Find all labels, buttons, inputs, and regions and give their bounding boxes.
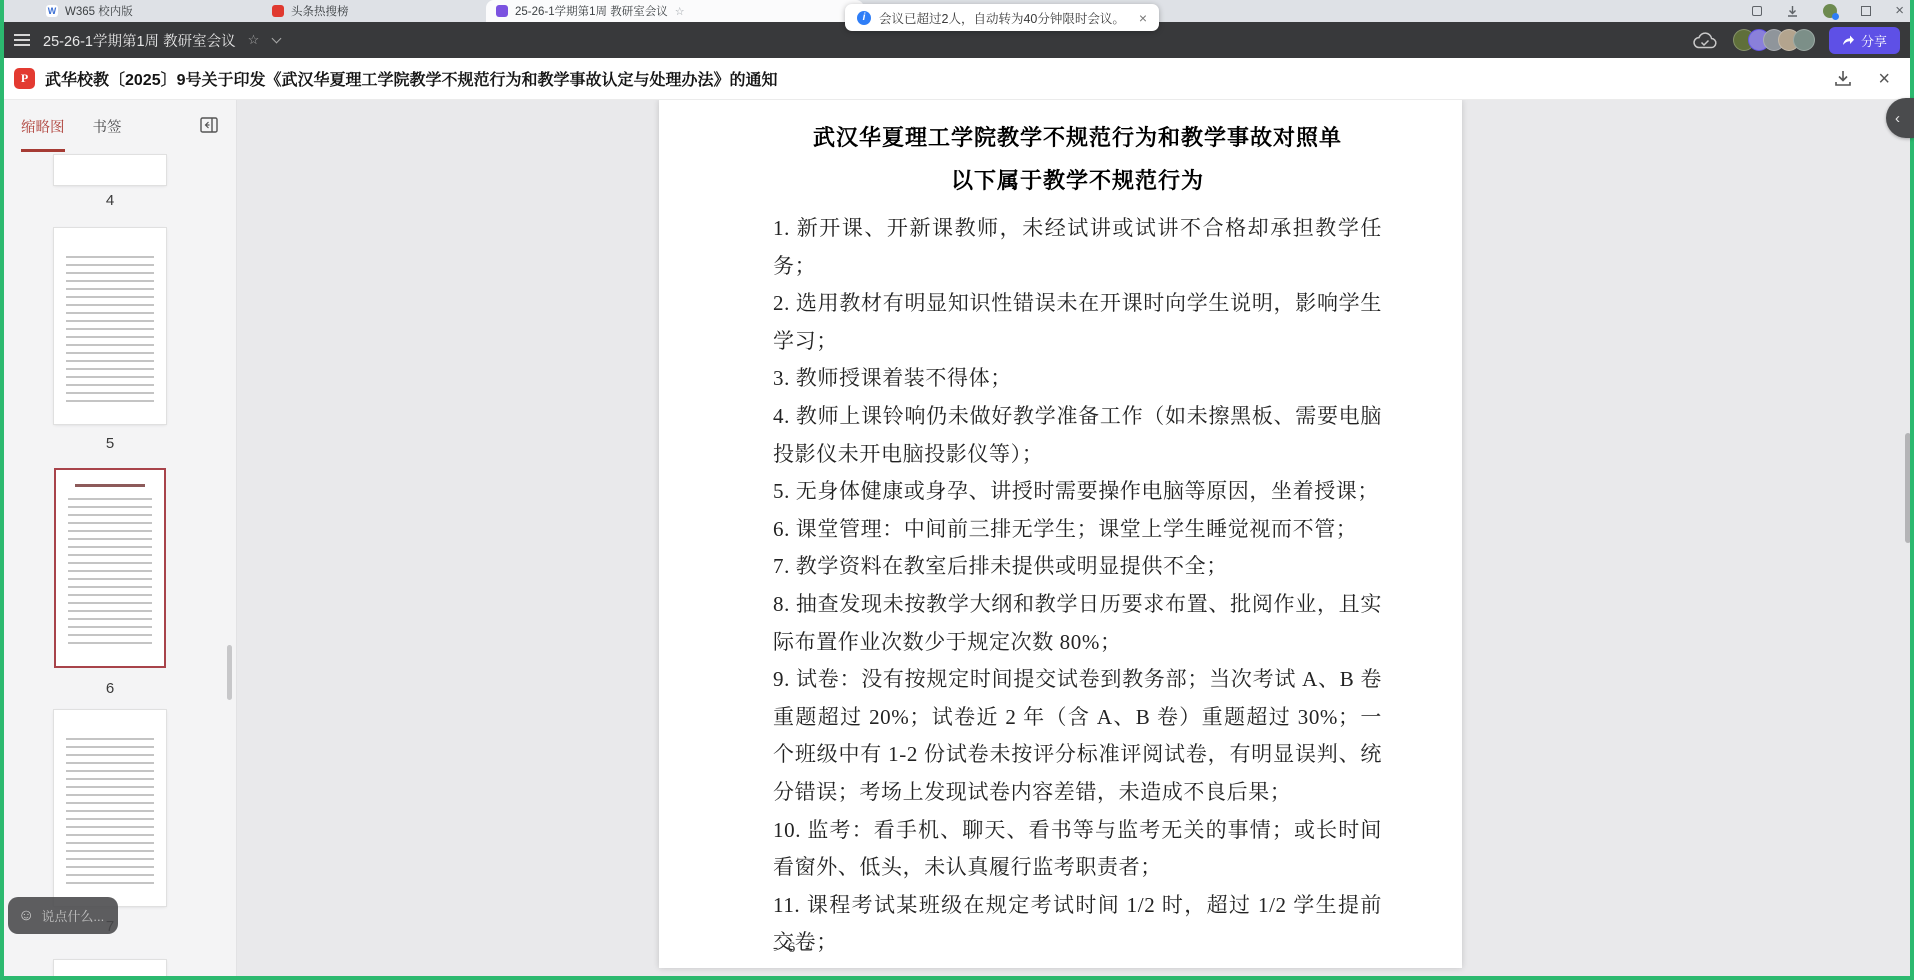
document-header: P 武华校教〔2025〕9号关于印发《武汉华夏理工学院教学不规范行为和教学事故认… xyxy=(0,58,1914,100)
back-chevron-icon: ‹ xyxy=(1895,110,1900,127)
toast-close-icon[interactable]: × xyxy=(1139,10,1147,26)
browser-close-icon[interactable]: × xyxy=(1895,0,1904,22)
screenshare-border xyxy=(0,976,1914,980)
tab-label: W365 校内版 xyxy=(65,3,133,19)
menu-icon[interactable] xyxy=(14,34,30,46)
list-item: 5. 无身体健康或身孕、讲授时需要操作电脑等原因，坐着授课； xyxy=(773,473,1382,511)
tab-star-icon[interactable]: ☆ xyxy=(675,5,685,18)
browser-profile-avatar[interactable] xyxy=(1823,4,1837,18)
thumbnail-page-5[interactable] xyxy=(54,228,166,424)
info-icon: i xyxy=(857,11,871,25)
screen: W W365 校内版 头条热搜榜 25-26-1学期第1周 教研室会议 ☆ 20… xyxy=(0,0,1914,980)
favorite-star-icon[interactable]: ☆ xyxy=(248,32,260,48)
screenshare-border xyxy=(1910,0,1914,980)
list-item: 1. 新开课、开新课教师，未经试讲或试讲不合格却承担教学任务； xyxy=(773,210,1382,285)
thumbnail-page-number: 4 xyxy=(54,192,166,209)
tab-bookmarks[interactable]: 书签 xyxy=(93,116,122,137)
list-item: 10. 监考：看手机、聊天、看书等与监考无关的事情；或长时间看窗外、低头，未认真… xyxy=(773,812,1382,887)
list-item: 4. 教师上课铃响仍未做好教学准备工作（如未擦黑板、需要电脑投影仪未开电脑投影仪… xyxy=(773,398,1382,473)
participant-avatars[interactable] xyxy=(1733,29,1815,51)
page-subheading: 以下属于教学不规范行为 xyxy=(773,165,1382,197)
list-item: 8. 抽查发现未按教学大纲和教学日历要求布置、批阅作业，且实际布置作业次数少于规… xyxy=(773,586,1382,661)
browser-tab-1[interactable]: W W365 校内版 xyxy=(36,0,256,22)
share-arrow-icon xyxy=(1842,34,1855,46)
tab-label: 25-26-1学期第1周 教研室会议 xyxy=(515,3,668,19)
share-label: 分享 xyxy=(1861,31,1887,50)
extension-icon[interactable] xyxy=(1752,6,1762,16)
tab-label: 头条热搜榜 xyxy=(291,3,349,19)
window-controls: × xyxy=(1752,0,1904,22)
thumbnail-page-4[interactable] xyxy=(54,155,166,185)
toast-message: 会议已超过2人，自动转为40分钟限时会议。 xyxy=(879,9,1125,27)
thumbnail-text-lines xyxy=(68,498,152,644)
list-item: 11. 课程考试某班级在规定考试时间 1/2 时，超过 1/2 学生提前交卷； xyxy=(773,887,1382,962)
meeting-header-right: 分享 xyxy=(1693,22,1900,58)
avatar xyxy=(1793,29,1815,51)
browser-tab-meeting[interactable]: 25-26-1学期第1周 教研室会议 ☆ xyxy=(486,0,864,22)
chevron-down-icon[interactable] xyxy=(272,34,282,44)
chat-placeholder: 说点什么... xyxy=(41,906,104,925)
pdf-file-icon: P xyxy=(14,68,35,89)
list-item: 7. 教学资料在教室后排未提供或明显提供不全； xyxy=(773,548,1382,586)
maximize-icon[interactable] xyxy=(1861,6,1871,16)
thumbnail-page-7[interactable] xyxy=(54,710,166,906)
pdf-page-content: 武汉华夏理工学院教学不规范行为和教学事故对照单 以下属于教学不规范行为 1. 新… xyxy=(659,100,1462,962)
thumbnail-heading-line xyxy=(75,484,144,487)
red-favicon xyxy=(272,5,284,17)
thumbnail-list: 4 5 6 7 xyxy=(4,152,236,980)
chat-input[interactable]: ☺ 说点什么... xyxy=(8,897,118,934)
download-icon[interactable] xyxy=(1834,70,1852,87)
expand-panel-handle[interactable]: ‹ xyxy=(1886,98,1914,138)
document-title: 武华校教〔2025〕9号关于印发《武汉华夏理工学院教学不规范行为和教学事故认定与… xyxy=(45,67,778,90)
sidebar-scrollbar[interactable] xyxy=(227,645,232,700)
list-item: 2. 选用教材有明显知识性错误未在开课时向学生说明，影响学生学习； xyxy=(773,285,1382,360)
thumbnail-page-number: 6 xyxy=(54,680,166,697)
page-number-footer: - 6 - xyxy=(773,940,813,957)
close-document-icon[interactable]: × xyxy=(1878,69,1890,89)
collapse-sidebar-icon[interactable] xyxy=(200,117,218,133)
pdf-page: 武汉华夏理工学院教学不规范行为和教学事故对照单 以下属于教学不规范行为 1. 新… xyxy=(659,100,1462,968)
browser-download-icon[interactable] xyxy=(1786,5,1799,18)
document-header-actions: × xyxy=(1834,69,1890,89)
meeting-toast: i 会议已超过2人，自动转为40分钟限时会议。 × xyxy=(845,4,1159,31)
list-item: 6. 课堂管理：中间前三排无学生；课堂上学生睡觉视而不管； xyxy=(773,511,1382,549)
w365-favicon: W xyxy=(46,5,58,17)
emoji-icon[interactable]: ☺ xyxy=(18,907,34,925)
cloud-sync-icon[interactable] xyxy=(1693,32,1717,49)
thumbnail-page-6-selected[interactable] xyxy=(54,468,166,668)
list-item: 3. 教师授课着装不得体； xyxy=(773,360,1382,398)
meeting-title: 25-26-1学期第1周 教研室会议 xyxy=(43,30,236,51)
sidebar-tabs: 缩略图 书签 xyxy=(4,100,236,152)
list-item: 9. 试卷：没有按规定时间提交试卷到教务部；当次考试 A、B 卷重题超过 20%… xyxy=(773,661,1382,811)
browser-tab-2[interactable]: 头条热搜榜 xyxy=(262,0,482,22)
meeting-app-favicon xyxy=(496,5,508,17)
thumbnail-sidebar: 缩略图 书签 4 5 6 7 xyxy=(4,100,237,980)
thumbnail-page-number: 5 xyxy=(54,435,166,452)
page-heading: 武汉华夏理工学院教学不规范行为和教学事故对照单 xyxy=(773,122,1382,154)
screenshare-border xyxy=(0,0,4,980)
thumbnail-text-lines xyxy=(66,256,154,402)
tab-thumbnails[interactable]: 缩略图 xyxy=(21,116,65,137)
thumbnail-text-lines xyxy=(66,738,154,884)
share-button[interactable]: 分享 xyxy=(1829,27,1900,54)
